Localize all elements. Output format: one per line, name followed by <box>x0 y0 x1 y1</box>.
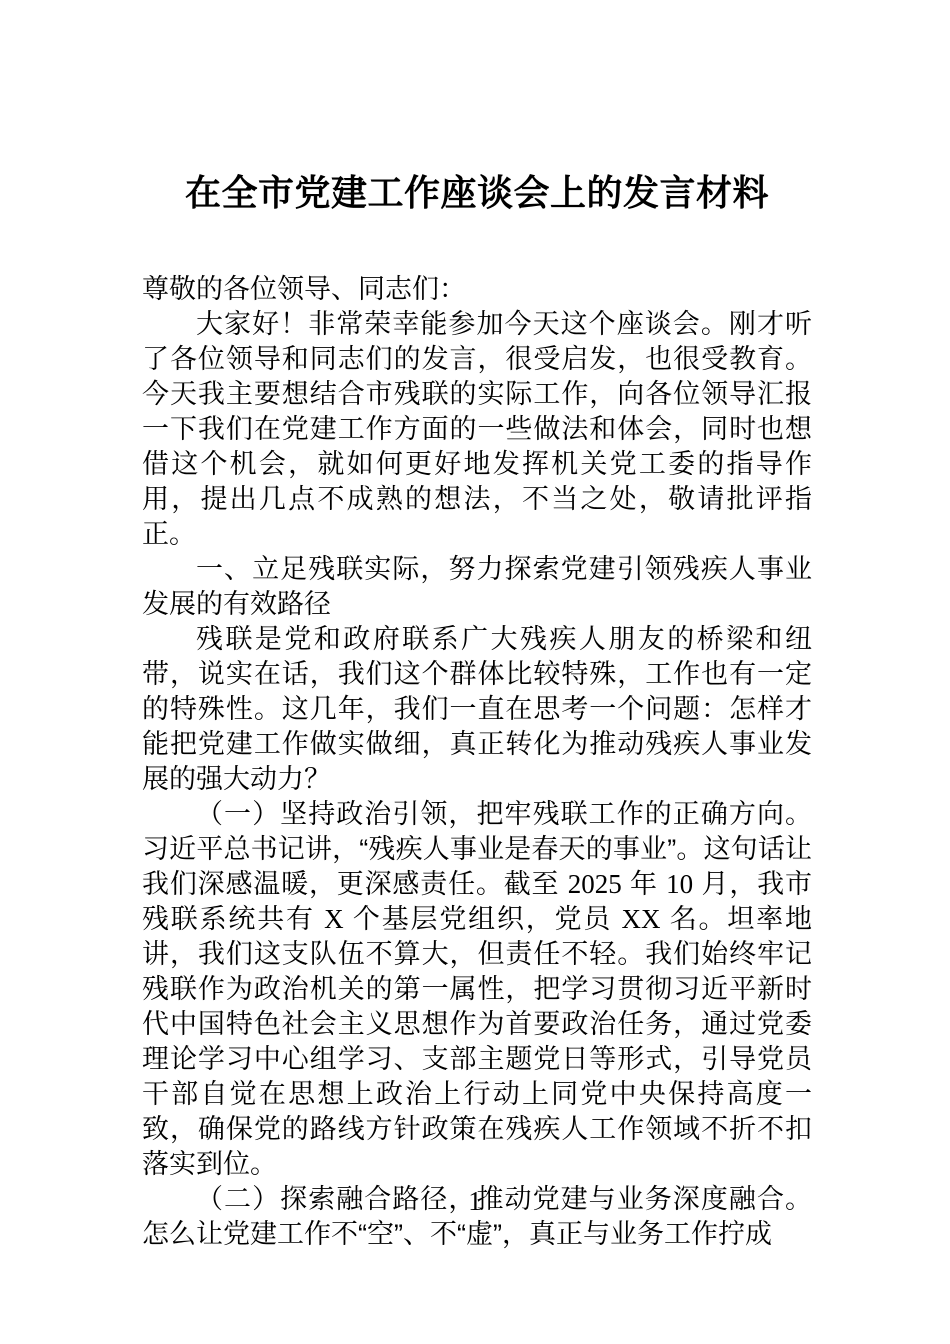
page-number: 1 <box>0 1186 950 1216</box>
paragraph-point-1: （一）坚持政治引领，把牢残联工作的正确方向。习近平总书记讲，“残疾人事业是春天的… <box>142 797 812 1182</box>
section-heading-1: 一、立足残联实际，努力探索党建引领残疾人事业发展的有效路径 <box>142 552 812 622</box>
document-title: 在全市党建工作座谈会上的发言材料 <box>142 170 812 216</box>
paragraph-section-intro: 残联是党和政府联系广大残疾人朋友的桥梁和纽带，说实在话，我们这个群体比较特殊，工… <box>142 622 812 797</box>
paragraph-opening: 大家好！非常荣幸能参加今天这个座谈会。刚才听了各位领导和同志们的发言，很受启发，… <box>142 307 812 552</box>
salutation-line: 尊敬的各位领导、同志们： <box>142 272 812 307</box>
page-content: 在全市党建工作座谈会上的发言材料 尊敬的各位领导、同志们： 大家好！非常荣幸能参… <box>0 0 950 1252</box>
document-page: { "page": { "background_color": "#ffffff… <box>0 0 950 1344</box>
